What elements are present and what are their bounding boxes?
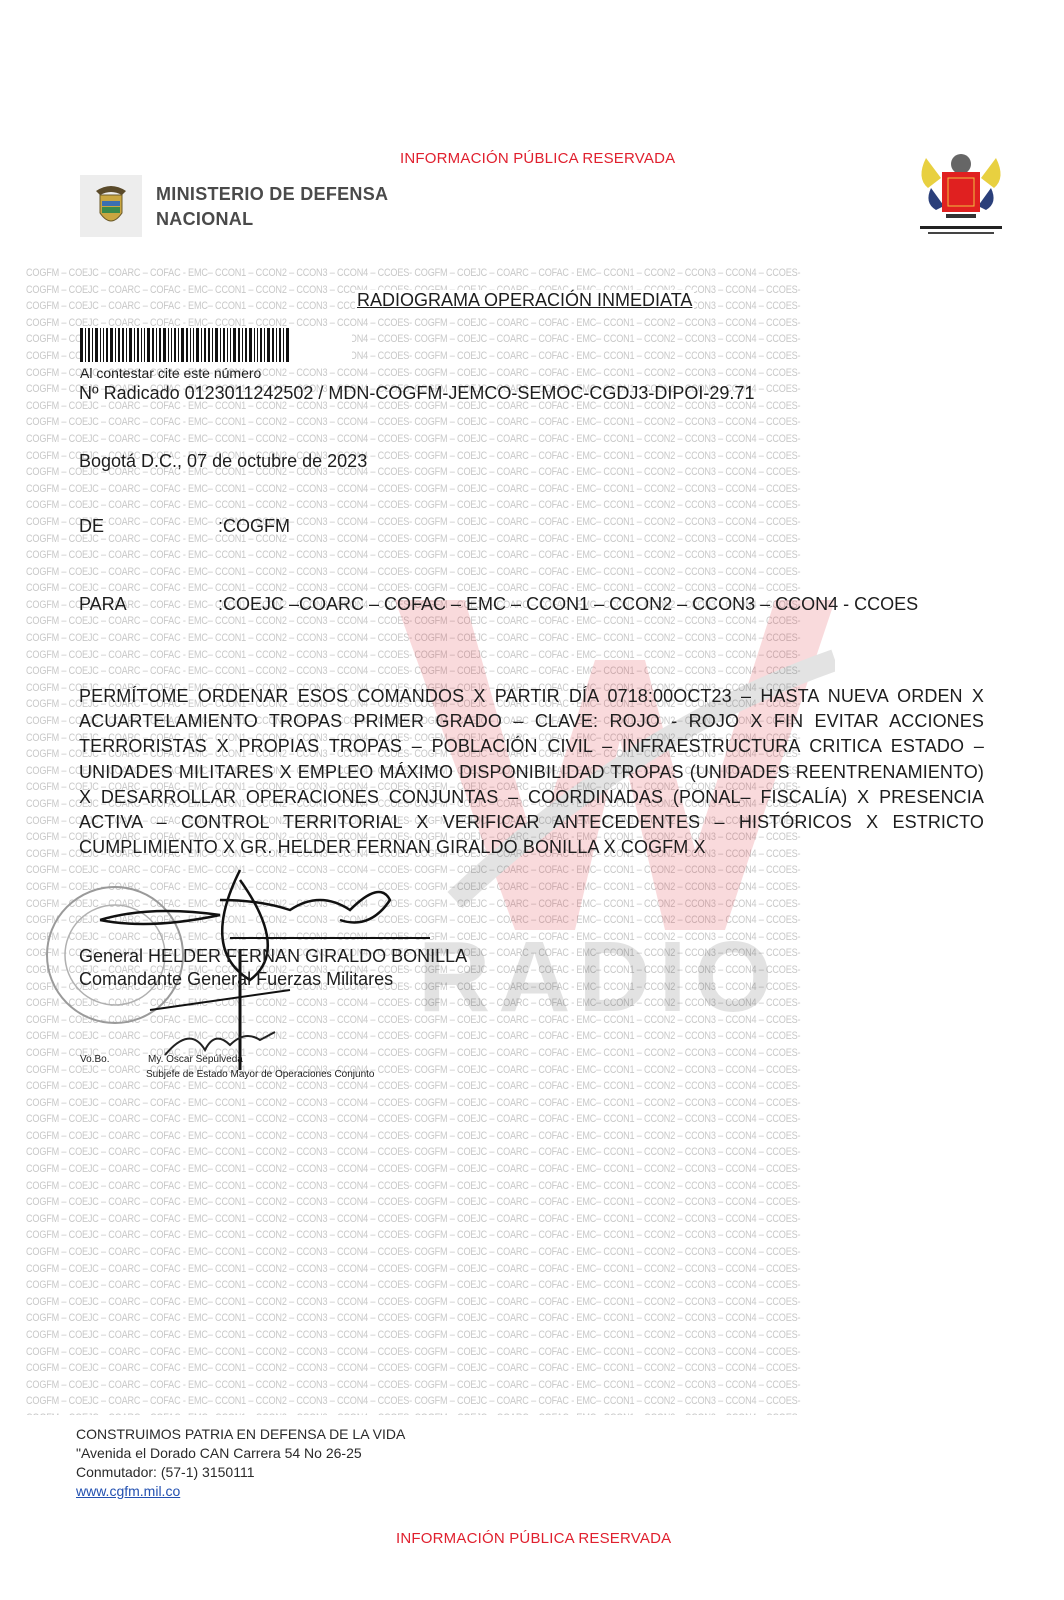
radio-watermark-text: RADIO [418, 920, 780, 1035]
from-label: DE [79, 516, 104, 537]
watermark-line: COGFM – COEJC – COARC – COFAC - EMC– CCO… [26, 1178, 895, 1195]
footer-motto: CONSTRUIMOS PATRIA EN DEFENSA DE LA VIDA [76, 1425, 405, 1444]
watermark-line: COGFM – COEJC – COARC – COFAC - EMC– CCO… [26, 497, 895, 514]
watermark-line: COGFM – COEJC – COARC – COFAC - EMC– CCO… [26, 414, 895, 431]
ministry-name-line2: NACIONAL [156, 207, 388, 232]
watermark-line: COGFM – COEJC – COARC – COFAC - EMC– CCO… [26, 1211, 895, 1228]
watermark-line: COGFM – COEJC – COARC – COFAC - EMC– CCO… [26, 1310, 895, 1327]
document-title: RADIOGRAMA OPERACIÓN INMEDIATA [355, 290, 694, 311]
barcode [80, 328, 352, 362]
watermark-line: COGFM – COEJC – COARC – COFAC - EMC– CCO… [26, 564, 895, 581]
vobo-name: My. Oscar Sepúlveda [148, 1054, 243, 1065]
footer-phone: Conmutador: (57-1) 3150111 [76, 1463, 405, 1482]
from-value: :COGFM [218, 516, 290, 537]
watermark-line: COGFM – COEJC – COARC – COFAC - EMC– CCO… [26, 1227, 895, 1244]
footer: CONSTRUIMOS PATRIA EN DEFENSA DE LA VIDA… [76, 1425, 405, 1501]
classification-banner-top: INFORMACIÓN PÚBLICA RESERVADA [400, 150, 675, 167]
watermark-line: COGFM – COEJC – COARC – COFAC - EMC– CCO… [26, 514, 895, 531]
watermark-line: COGFM – COEJC – COARC – COFAC - EMC– CCO… [26, 1128, 895, 1145]
watermark-line: COGFM – COEJC – COARC – COFAC - EMC– CCO… [26, 481, 895, 498]
watermark-line: COGFM – COEJC – COARC – COFAC - EMC– CCO… [26, 1078, 895, 1095]
cite-label: Al contestar cite este número [80, 365, 261, 381]
watermark-line: COGFM – COEJC – COARC – COFAC - EMC– CCO… [26, 1377, 895, 1394]
message-body: PERMÍTOME ORDENAR ESOS COMANDOS X PARTIR… [79, 684, 984, 860]
signer-name: General HELDER FERNAN GIRALDO BONILLA [79, 946, 467, 967]
watermark-line: COGFM – COEJC – COARC – COFAC - EMC– CCO… [26, 265, 895, 282]
signer-title: Comandante General Fuerzas Militares [79, 969, 393, 990]
watermark-line: COGFM – COEJC – COARC – COFAC - EMC– CCO… [26, 1360, 895, 1377]
watermark-line: COGFM – COEJC – COARC – COFAC - EMC– CCO… [26, 1277, 895, 1294]
military-forces-emblem-icon [906, 148, 1016, 243]
watermark-line: COGFM – COEJC – COARC – COFAC - EMC– CCO… [26, 1344, 895, 1361]
watermark-line: COGFM – COEJC – COARC – COFAC - EMC– CCO… [26, 1327, 895, 1344]
vobo-label: Vo.Bo. [80, 1054, 109, 1065]
watermark-line: COGFM – COEJC – COARC – COFAC - EMC– CCO… [26, 1161, 895, 1178]
watermark-line: COGFM – COEJC – COARC – COFAC - EMC– CCO… [26, 1294, 895, 1311]
to-value: :COEJC –COARC – COFAC – EMC – CCON1 – CC… [218, 594, 918, 615]
watermark-line: COGFM – COEJC – COARC – COFAC - EMC– CCO… [26, 1410, 895, 1415]
watermark-line: COGFM – COEJC – COARC – COFAC - EMC– CCO… [26, 1095, 895, 1112]
watermark-line: COGFM – COEJC – COARC – COFAC - EMC– CCO… [26, 1261, 895, 1278]
watermark-line: COGFM – COEJC – COARC – COFAC - EMC– CCO… [26, 1194, 895, 1211]
watermark-line: COGFM – COEJC – COARC – COFAC - EMC– CCO… [26, 547, 895, 564]
watermark-line: COGFM – COEJC – COARC – COFAC - EMC– CCO… [26, 1144, 895, 1161]
watermark-line: COGFM – COEJC – COARC – COFAC - EMC– CCO… [26, 531, 895, 548]
watermark-line: COGFM – COEJC – COARC – COFAC - EMC– CCO… [26, 1393, 895, 1410]
footer-website-link[interactable]: www.cgfm.mil.co [76, 1483, 180, 1499]
watermark-line: COGFM – COEJC – COARC – COFAC - EMC– CCO… [26, 1244, 895, 1261]
vobo-title: Subjefe de Estado Mayor de Operaciones C… [146, 1069, 374, 1080]
classification-banner-bottom: INFORMACIÓN PÚBLICA RESERVADA [396, 1530, 671, 1547]
ministry-name: MINISTERIO DE DEFENSA NACIONAL [156, 182, 388, 232]
footer-address: "Avenida el Dorado CAN Carrera 54 No 26-… [76, 1444, 405, 1463]
to-label: PARA [79, 594, 127, 615]
place-date: Bogotá D.C., 07 de octubre de 2023 [79, 451, 367, 472]
watermark-line: COGFM – COEJC – COARC – COFAC - EMC– CCO… [26, 431, 895, 448]
watermark-line: COGFM – COEJC – COARC – COFAC - EMC– CCO… [26, 1111, 895, 1128]
radicado-number: Nº Radicado 0123011242502 / MDN-COGFM-JE… [79, 383, 754, 404]
colombia-coat-of-arms-icon [80, 175, 142, 237]
ministry-name-line1: MINISTERIO DE DEFENSA [156, 182, 388, 207]
